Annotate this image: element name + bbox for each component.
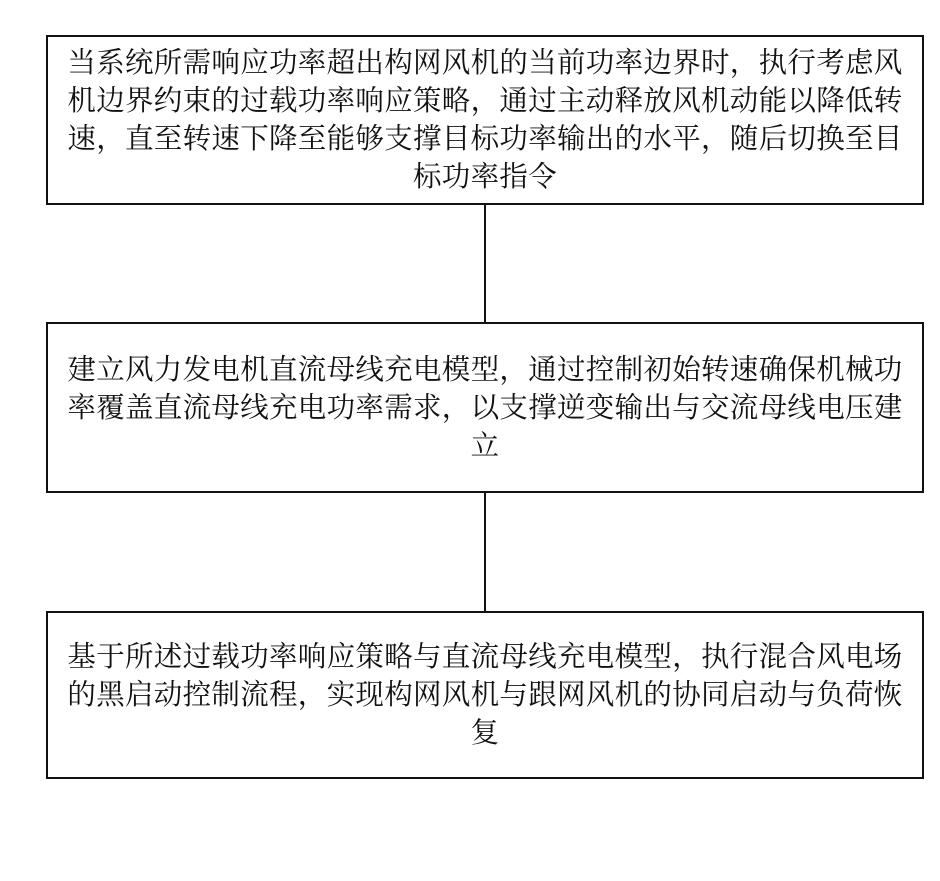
flow-step-dc-bus-charging-model: 建立风力发电机直流母线充电模型，通过控制初始转速确保机械功率覆盖直流母线充电功率…	[46, 322, 924, 493]
flow-step-text: 建立风力发电机直流母线充电模型，通过控制初始转速确保机械功率覆盖直流母线充电功率…	[60, 351, 910, 465]
flow-step-text: 基于所述过载功率响应策略与直流母线充电模型，执行混合风电场的黑启动控制流程，实现…	[60, 638, 910, 752]
flow-step-black-start-control: 基于所述过载功率响应策略与直流母线充电模型，执行混合风电场的黑启动控制流程，实现…	[46, 611, 924, 779]
connector-line	[484, 205, 486, 322]
flow-step-overload-response: 当系统所需响应功率超出构网风机的当前功率边界时，执行考虑风机边界约束的过载功率响…	[46, 35, 924, 205]
connector-line	[484, 493, 486, 611]
flow-step-text: 当系统所需响应功率超出构网风机的当前功率边界时，执行考虑风机边界约束的过载功率响…	[60, 44, 910, 196]
